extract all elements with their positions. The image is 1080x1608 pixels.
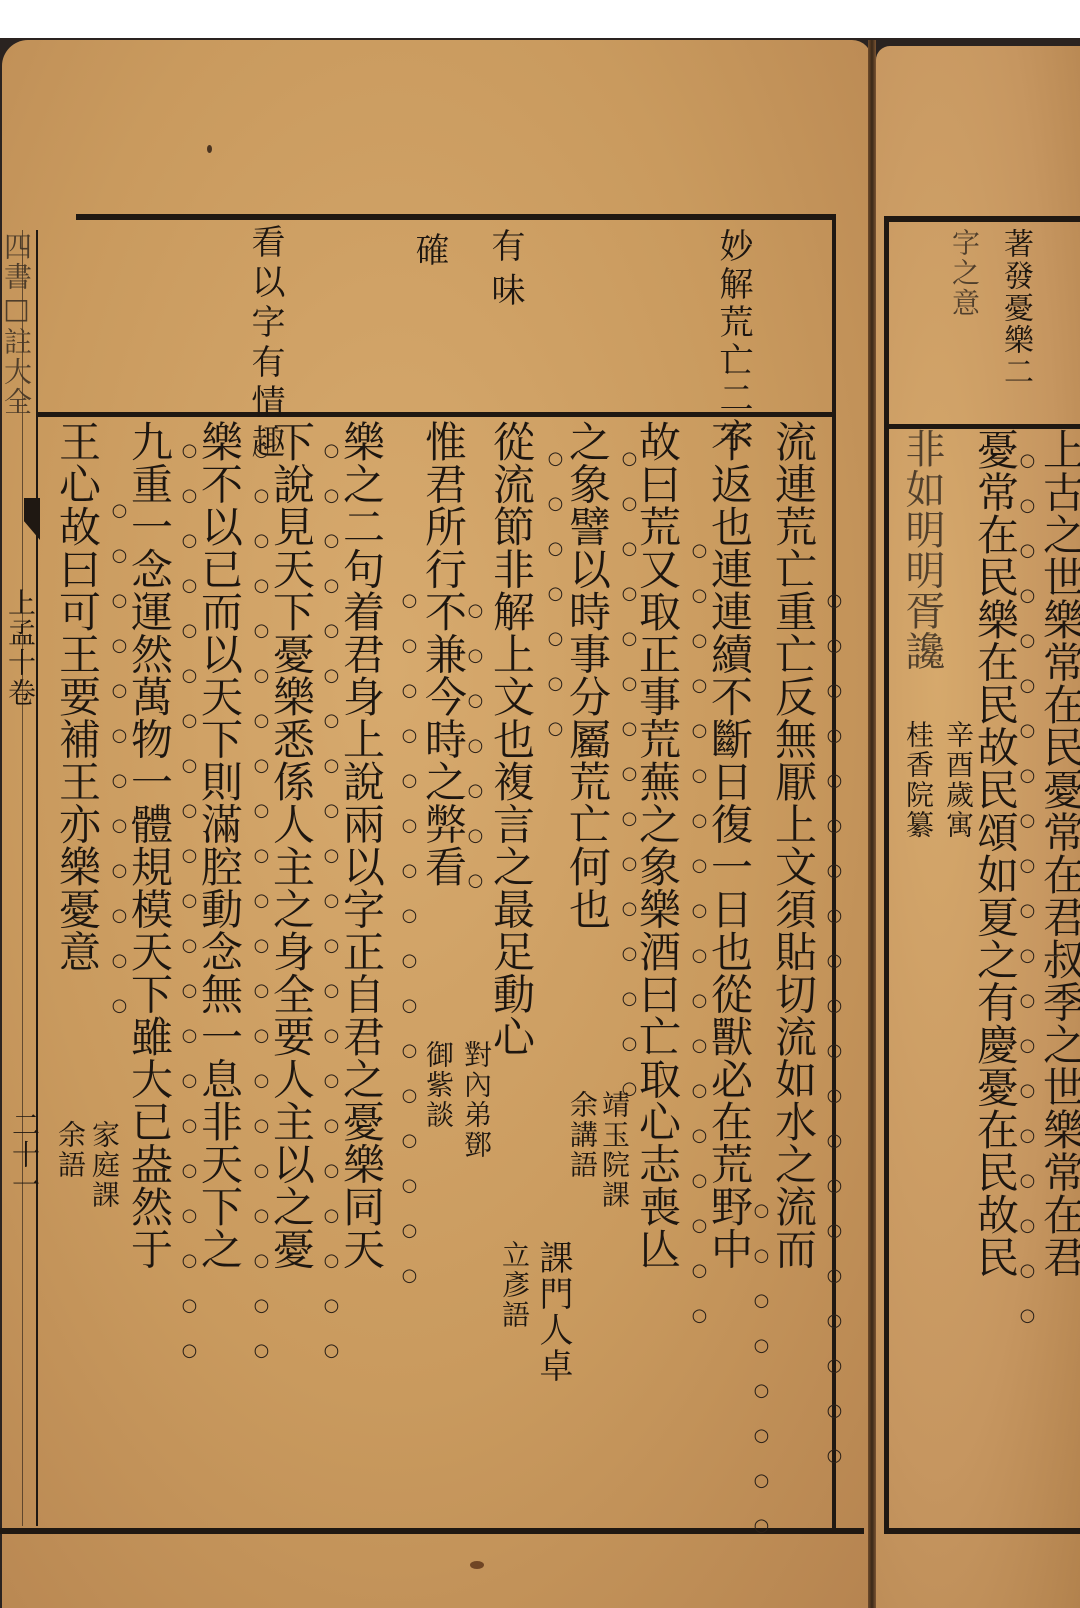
margin-divider-line bbox=[36, 230, 38, 1526]
right-emphasis-circles: ○○○○○○○○○○○○○○○○○○○○ bbox=[1018, 450, 1036, 1350]
book-gutter bbox=[868, 40, 876, 1608]
main-column-1: 流連荒亡重亡反無厭上文須貼切流如水之流而 bbox=[772, 420, 814, 1270]
emphasis-circles-2: ○○○○○○○○ bbox=[752, 1200, 770, 1560]
emphasis-circles-9: ○○○○○○○○○○○○○○○○○○○○○ bbox=[180, 440, 198, 1385]
emphasis-circles-5: ○○○○○○○ bbox=[466, 600, 484, 915]
note-6a: 對內弟鄧 bbox=[462, 1040, 490, 1160]
bottom-border-line bbox=[0, 1528, 864, 1534]
ink-stain bbox=[470, 1561, 484, 1569]
main-column-6: 惟君所行不兼今時之弊看 bbox=[422, 420, 464, 888]
margin-page-number: 二十一 bbox=[10, 1110, 38, 1200]
main-column-5: 從流節非解上文也複言之最足動心 bbox=[490, 420, 532, 1058]
emphasis-circles-10: ○○○○○○○○○○○○ bbox=[110, 500, 128, 1040]
margin-volume-label: 上孟十卷 bbox=[6, 588, 34, 708]
note-6b: 御紫談 bbox=[424, 1040, 452, 1130]
note-11b: 余語 bbox=[56, 1120, 84, 1180]
main-column-4: 之象譬以時事分屬荒亡何也 bbox=[566, 420, 608, 930]
main-column-8: 下說見天下憂樂悉係人主之身全要人主以之憂 bbox=[270, 420, 312, 1270]
inner-margin-line bbox=[22, 230, 23, 1526]
right-note-b: 桂香院纂 bbox=[904, 720, 932, 840]
main-column-2: 不返也連連續不斷日復一日也從獸必在荒野中 bbox=[708, 420, 750, 1270]
upper-annotation-4: 看以字有情趣 bbox=[248, 224, 282, 404]
main-column-10: 九重一念運然萬物一體規模天下雖大已盎然于 bbox=[128, 420, 170, 1270]
right-bottom-border-line bbox=[884, 1528, 1080, 1534]
right-upper-annotation-b: 字之意 bbox=[950, 228, 978, 318]
note-4b: 余講語 bbox=[568, 1090, 596, 1180]
emphasis-circles-3: ○○○○○○○○○○○○○○○ bbox=[620, 448, 638, 1123]
main-column-11: 王心故曰可王要補王亦樂憂意 bbox=[56, 420, 98, 973]
upper-border-line bbox=[76, 214, 836, 220]
upper-annotation-2: 有味 bbox=[488, 228, 522, 316]
emphasis-circles-2b: ○○○○○○○○○○○○○○○○○○ bbox=[690, 540, 708, 1350]
main-column-9: 樂不以已而以天下則滿腔動念無一息非天下之 bbox=[198, 420, 240, 1270]
emphasis-circles-6: ○○○○○○○○○○○○○○○○ bbox=[400, 590, 418, 1310]
note-4a: 靖玉院課 bbox=[600, 1090, 628, 1210]
upper-annotation-3: 確 bbox=[412, 232, 446, 276]
emphasis-circles-1: ○○○○○○○○○○○○○○○○○○○○ bbox=[825, 590, 843, 1490]
emphasis-circles-7: ○○○○○○○○○○○○○○○○○○○○○ bbox=[322, 440, 340, 1385]
right-left-border-line bbox=[884, 216, 889, 1532]
right-upper-annotation-a: 著發憂樂二 bbox=[1000, 228, 1030, 388]
right-column-3: 非如明明胥讒 bbox=[902, 428, 942, 671]
main-column-7: 樂之二句着君身上說兩以字正自君之憂樂同天 bbox=[340, 420, 382, 1270]
emphasis-circles-4: ○○○○○○○ bbox=[546, 448, 564, 763]
note-5b: 立彥語 bbox=[500, 1240, 528, 1330]
note-11a: 家庭課 bbox=[90, 1120, 118, 1210]
main-column-3: 故曰荒又取正事荒蕪之象樂酒曰亡取心志喪亾 bbox=[636, 420, 678, 1270]
right-column-2: 憂常在民樂在民故民頌如夏之有慶憂在民故民 bbox=[974, 428, 1016, 1278]
note-5a: 課門人卓 bbox=[536, 1240, 570, 1384]
ink-dot bbox=[207, 145, 212, 153]
emphasis-circles-8: ○○○○○○○○○○○○○○○○○○○○○ bbox=[252, 440, 270, 1385]
right-column-1: 上古之世樂常在民憂常在君叔季之世樂常在君 bbox=[1040, 428, 1080, 1278]
margin-book-title: 四書□註大全 bbox=[2, 232, 30, 417]
right-upper-border-line bbox=[884, 216, 1080, 222]
right-note-a: 辛酉歲寓 bbox=[944, 720, 972, 840]
